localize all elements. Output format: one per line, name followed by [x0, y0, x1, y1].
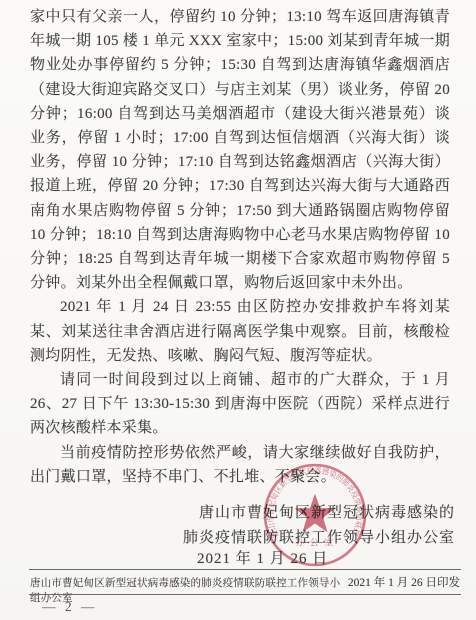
paragraph-itinerary: 家中只有父亲一人，停留约 10 分钟；13:10 驾车返回唐海镇青年城一期 10… [30, 5, 450, 295]
footer-rule-bottom [29, 594, 461, 595]
footer-rule-top [29, 569, 461, 570]
official-seal: 唐山市曹妃甸区新型冠状病毒感染的肺炎疫情联防联控工作领导小组 办 公 室 [262, 462, 368, 568]
seal-star-icon [295, 494, 336, 533]
paragraph-prevention-advice: 当前疫情防控形势依然严峻，请大家继续做好自我防护，出门戴口罩，坚持不串门、不扎堆… [30, 441, 450, 489]
document-body: 家中只有父亲一人，停留约 10 分钟；13:10 驾车返回唐海镇青年城一期 10… [30, 5, 450, 489]
document-page: 家中只有父亲一人，停留约 10 分钟；13:10 驾车返回唐海镇青年城一期 10… [0, 0, 476, 620]
page-number: — 2 — [42, 599, 98, 615]
paragraph-quarantine: 2021 年 1 月 24 日 23:55 由区防控办安排救护车将刘某某、刘某送… [30, 295, 450, 368]
seal-center-text: 办 公 室 [295, 537, 335, 548]
paragraph-testing-notice: 请同一时间段到过以上商铺、超市的广大群众，于 1 月 26、27 日下午 13:… [30, 368, 450, 441]
footer-print-date: 2021 年 1 月 26 日印发 [348, 574, 460, 590]
